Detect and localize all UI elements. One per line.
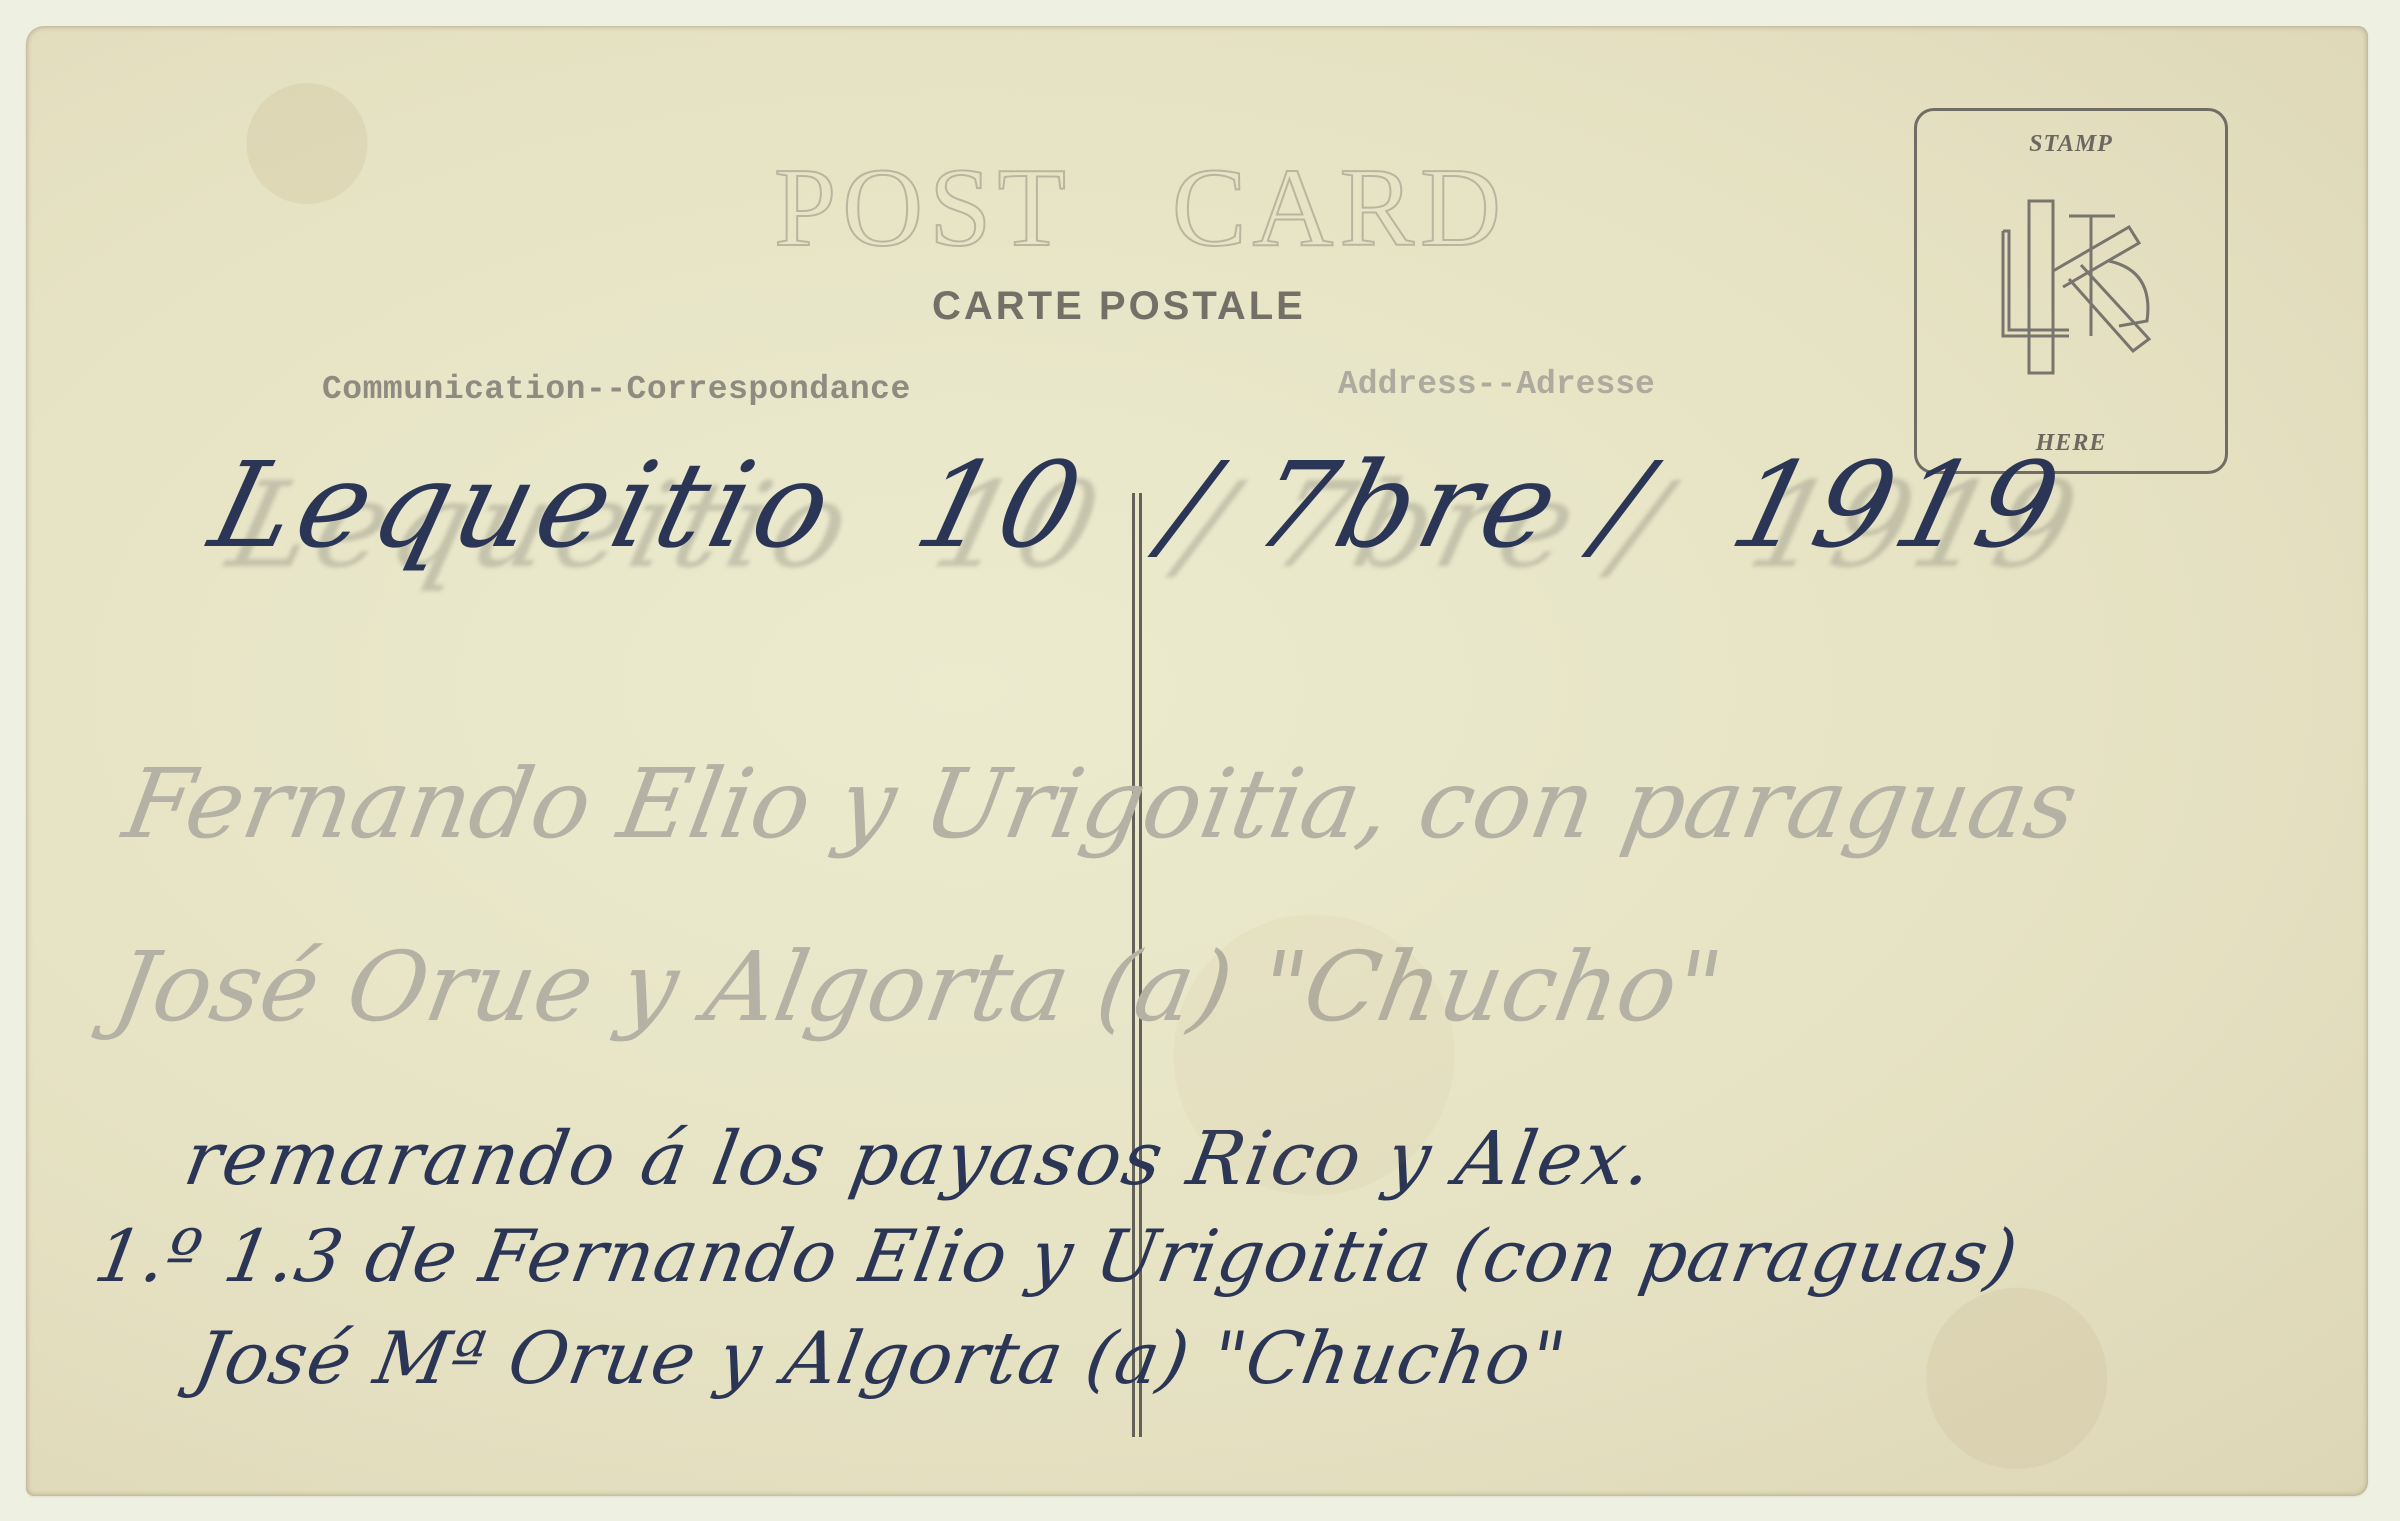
ink-note-line-3: José Mª Orue y Algorta (a) "Chucho" — [189, 1316, 1573, 1400]
postcard-back: POST CARD CARTE POSTALE Communication--C… — [26, 26, 2368, 1496]
handwritten-place-date: Lequeitio 10 / 7bre / 1919 — [199, 436, 2078, 574]
publisher-monogram-icon — [1999, 191, 2159, 391]
carte-postale-subheading: CARTE POSTALE — [932, 284, 1306, 329]
stamp-box: STAMP HERE — [1914, 108, 2228, 474]
communication-label: Communication--Correspondance — [322, 371, 911, 408]
pencil-note-line-2: José Orue y Algorta (a) "Chucho" — [106, 931, 1730, 1043]
stamp-label: STAMP — [1917, 131, 2225, 158]
post-card-heading: POST CARD — [774, 144, 1507, 273]
address-label: Address--Adresse — [1338, 366, 1655, 403]
ink-note-line-1: remarando á los payasos Rico y Alex. — [178, 1116, 1660, 1202]
pencil-note-line-1: Fernando Elio y Urigoitia, con paraguas — [116, 748, 2086, 860]
ink-note-line-2: 1.º 1.3 de Fernando Elio y Urigoitia (co… — [89, 1214, 2025, 1298]
